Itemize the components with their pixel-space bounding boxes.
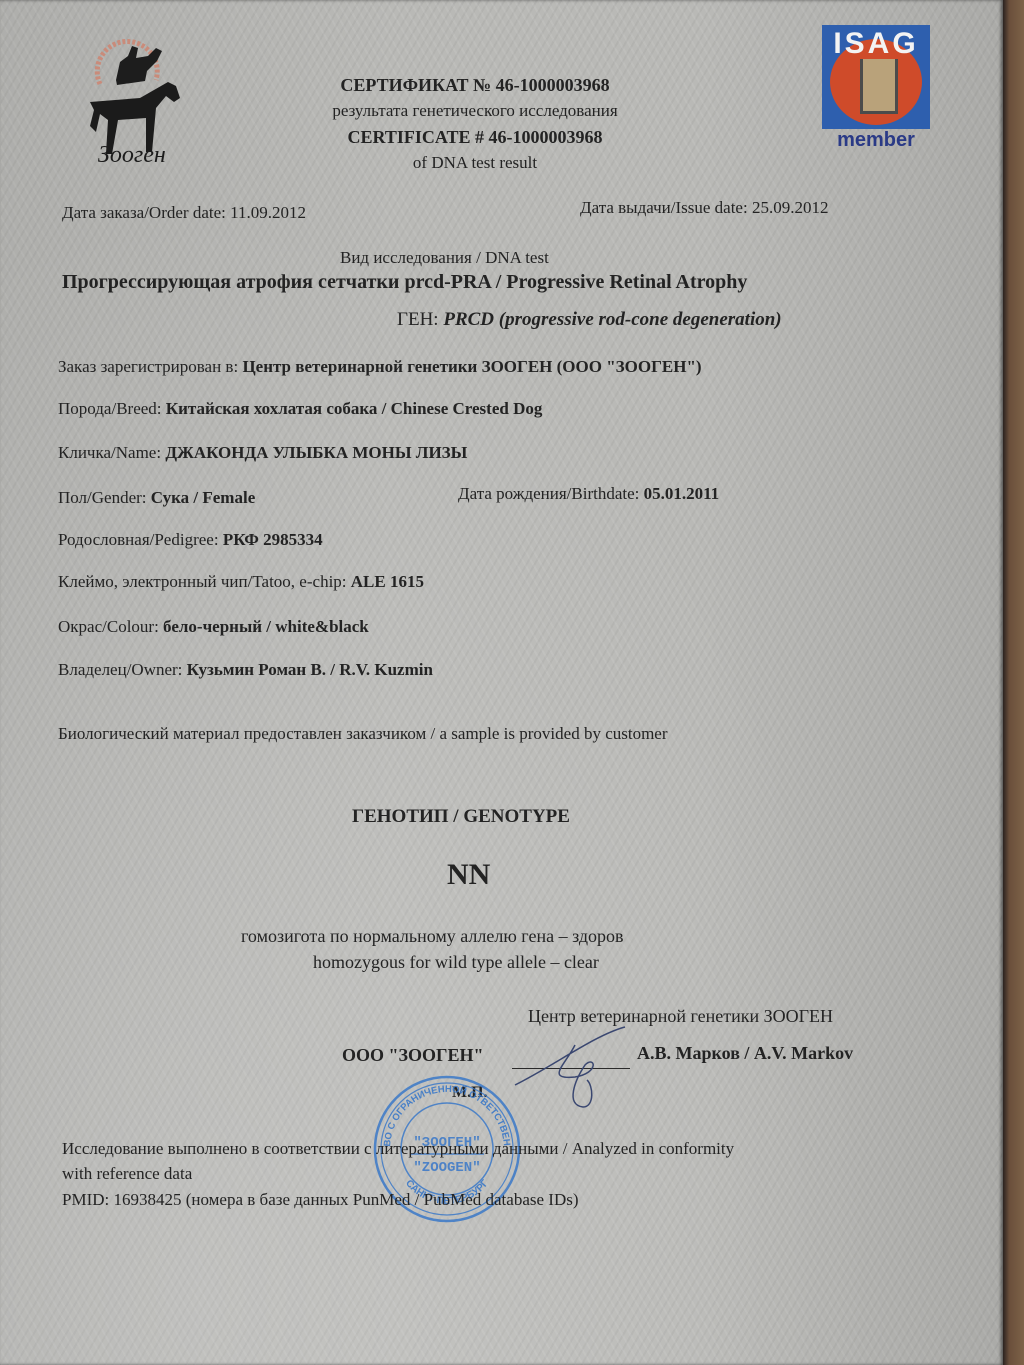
isag-member-label: member (822, 129, 930, 152)
field-registered-at: Заказ зарегистрирован в: Центр ветеринар… (58, 357, 702, 377)
table-edge (1003, 0, 1024, 1365)
svg-text:"ZOOGEN": "ZOOGEN" (413, 1160, 480, 1176)
footer-conformity-line2: with reference data (62, 1164, 192, 1184)
field-colour: Окрас/Colour: бело-черный / white&black (58, 617, 369, 637)
issue-date: Дата выдачи/Issue date: 25.09.2012 (580, 198, 828, 218)
dna-test-label: Вид исследования / DNA test (340, 248, 549, 268)
svg-text:Зооген: Зооген (98, 142, 166, 168)
footer-pmid: PMID: 16938425 (номера в базе данных Pun… (62, 1190, 579, 1210)
certificate-title-ru: СЕРТИФИКАТ № 46-1000003968 (290, 72, 660, 98)
signature-org-line: Центр ветеринарной генетики ЗООГЕН (528, 1006, 833, 1027)
field-pedigree: Родословная/Pedigree: РКФ 2985334 (58, 530, 323, 550)
genotype-desc-ru: гомозигота по нормальному аллелю гена – … (241, 926, 624, 947)
field-gender: Пол/Gender: Сука / Female (58, 488, 255, 508)
certificate-subtitle-en: of DNA test result (290, 150, 660, 176)
genotype-value: NN (447, 858, 490, 892)
signature-company: ООО "ЗООГЕН" (342, 1045, 483, 1066)
field-tattoo-chip: Клеймо, электронный чип/Tatoo, e-chip: A… (58, 572, 424, 592)
signature-signer: А.В. Марков / A.V. Markov (637, 1043, 853, 1064)
order-date: Дата заказа/Order date: 11.09.2012 (62, 203, 306, 223)
sample-note: Биологический материал предоставлен зака… (58, 724, 668, 744)
field-owner: Владелец/Owner: Кузьмин Роман В. / R.V. … (58, 660, 433, 680)
gene: ГЕН: PRCD (progressive rod-cone degenera… (397, 309, 782, 331)
handwritten-signature-icon (505, 1025, 645, 1115)
zoogen-horse-logo-icon: Зооген (68, 22, 188, 172)
certificate-title-block: СЕРТИФИКАТ № 46-1000003968 результата ге… (290, 72, 660, 176)
isag-member-badge: ISAG member (822, 25, 930, 155)
field-breed: Порода/Breed: Китайская хохлатая собака … (58, 399, 542, 419)
field-name: Кличка/Name: ДЖАКОНДА УЛЫБКА МОНЫ ЛИЗЫ (58, 443, 467, 463)
isag-letters: ISAG (822, 27, 930, 61)
isag-document-icon (860, 59, 898, 114)
field-birthdate: Дата рождения/Birthdate: 05.01.2011 (458, 484, 719, 504)
genotype-heading: ГЕНОТИП / GENOTYPE (352, 806, 570, 828)
dna-test-name: Прогрессирующая атрофия сетчатки prcd-PR… (62, 271, 747, 294)
certificate-subtitle-ru: результата генетического исследования (290, 98, 660, 124)
footer-conformity-line1: Исследование выполнено в соответствии с … (62, 1139, 734, 1159)
certificate-title-en: CERTIFICATE # 46-1000003968 (290, 124, 660, 150)
genotype-desc-en: homozygous for wild type allele – clear (313, 952, 599, 973)
